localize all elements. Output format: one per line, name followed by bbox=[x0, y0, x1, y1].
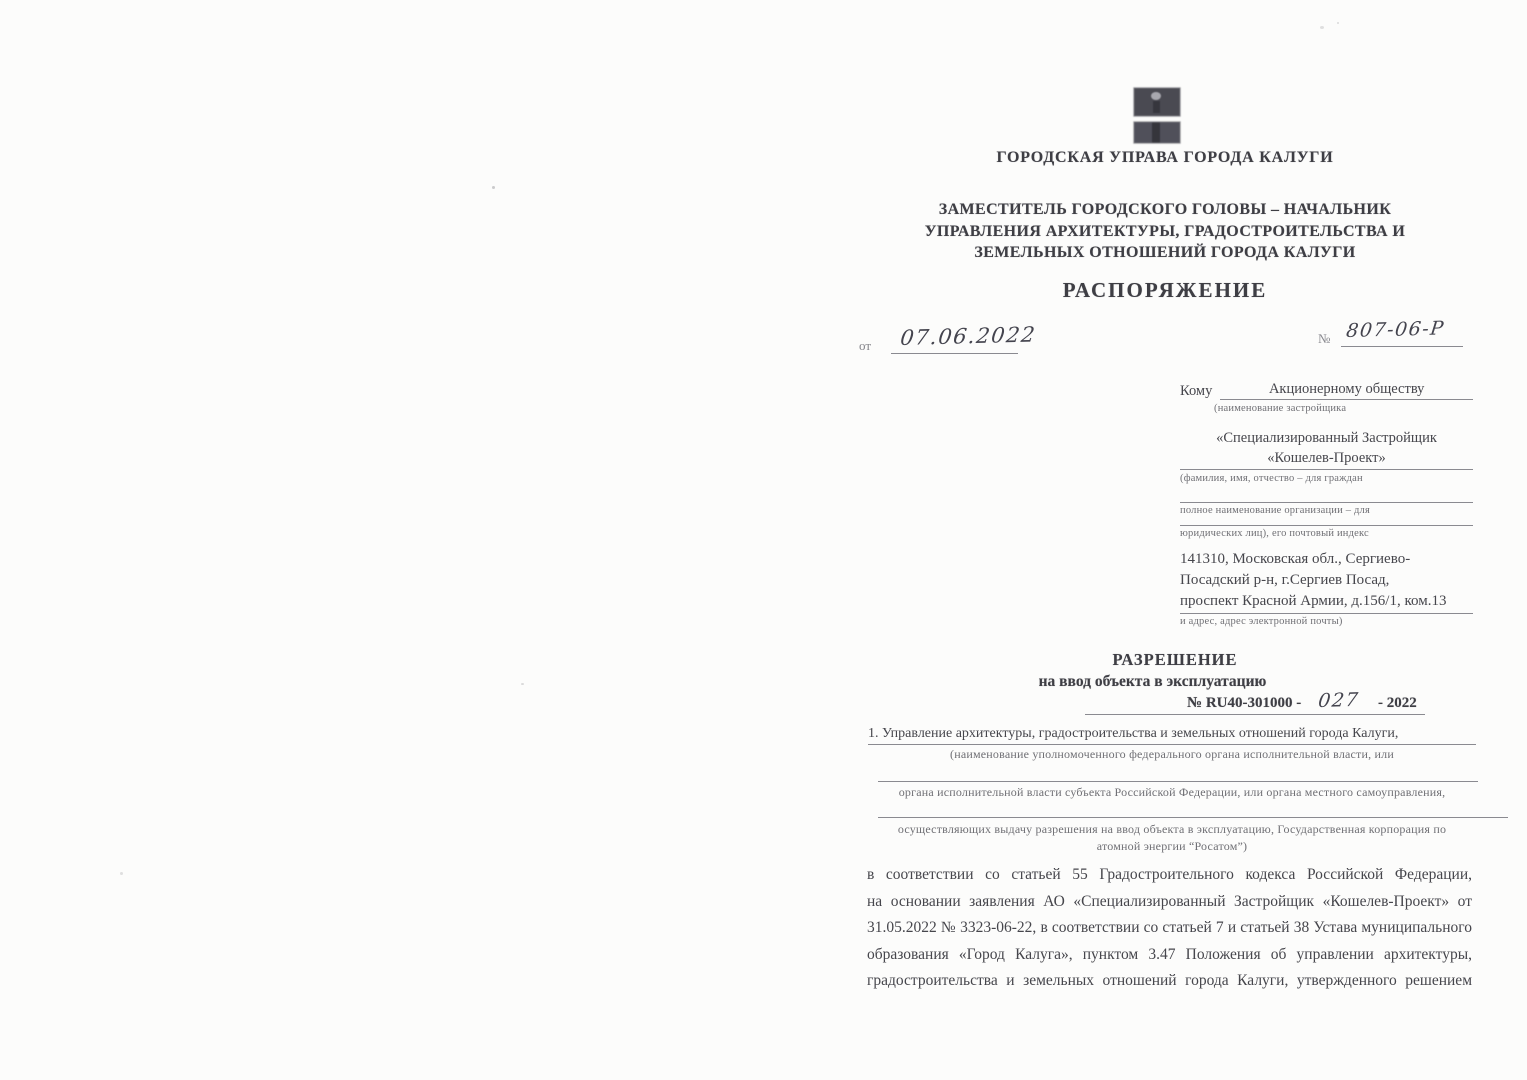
form-caption-gov: органа исполнительной власти субъекта Ро… bbox=[868, 785, 1476, 800]
form-caption-person: (фамилия, имя, отчество – для граждан bbox=[1180, 473, 1473, 484]
official-title-line: ЗЕМЕЛЬНЫХ ОТНОШЕНИЙ ГОРОДА КАЛУГИ bbox=[875, 242, 1455, 264]
form-caption-authority: (наименование уполномоченного федерально… bbox=[868, 747, 1476, 762]
permit-number-suffix: - 2022 bbox=[1378, 695, 1417, 711]
form-caption-issue-line: осуществляющих выдачу разрешения на ввод… bbox=[868, 821, 1476, 838]
permit-number-prefix: № RU40-301000 - bbox=[1187, 695, 1301, 711]
addressee-block: Кому Акционерному обществу (наименование… bbox=[1180, 381, 1473, 627]
body-paragraph-line: образования «Город Калуга», пунктом 3.47… bbox=[867, 942, 1472, 969]
document-number-field: 807-06-Р bbox=[1341, 320, 1463, 347]
official-title-block: ЗАМЕСТИТЕЛЬ ГОРОДСКОГО ГОЛОВЫ – НАЧАЛЬНИ… bbox=[875, 199, 1455, 264]
addressee-org-name-line: «Кошелев-Проект» bbox=[1180, 448, 1473, 470]
addressee-org-name-line: «Специализированный Застройщик bbox=[1180, 428, 1473, 448]
addressee-address-line: проспект Красной Армии, д.156/1, ком.13 bbox=[1180, 591, 1473, 614]
blank-field-line bbox=[878, 781, 1478, 782]
document-number-label: № bbox=[1318, 331, 1330, 347]
official-title-line: УПРАВЛЕНИЯ АРХИТЕКТУРЫ, ГРАДОСТРОИТЕЛЬСТ… bbox=[875, 221, 1455, 243]
handwritten-permit-number: 027 bbox=[1317, 689, 1360, 712]
permit-title: РАЗРЕШЕНИЕ bbox=[1000, 650, 1350, 670]
permit-number-field: № RU40-301000 - 027 - 2022 bbox=[1085, 690, 1425, 715]
scan-artifact bbox=[1320, 26, 1324, 29]
scan-artifact bbox=[1337, 22, 1339, 24]
handwritten-document-number: 807-06-Р bbox=[1345, 317, 1446, 342]
blank-field-line bbox=[878, 817, 1508, 818]
scan-artifact bbox=[492, 186, 495, 189]
kaluga-coat-of-arms-emblem bbox=[1132, 87, 1182, 147]
date-from-label: от bbox=[859, 338, 871, 354]
body-paragraph-line: градостроительства и земельных отношений… bbox=[867, 968, 1472, 995]
addressee-row: Кому Акционерному обществу bbox=[1180, 381, 1473, 400]
permit-subtitle: на ввод объекта в эксплуатацию bbox=[955, 673, 1350, 691]
form-caption-address: и адрес, адрес электронной почты) bbox=[1180, 616, 1473, 627]
body-paragraph-line: на основании заявления АО «Специализиров… bbox=[867, 889, 1472, 916]
addressee-address-line: 141310, Московская обл., Сергиево- bbox=[1180, 549, 1473, 570]
body-paragraph-line: 31.05.2022 № 3323-06-22, в соответствии … bbox=[867, 915, 1472, 942]
date-field: 07.06.2022 bbox=[891, 326, 1018, 354]
scan-artifact bbox=[120, 872, 123, 875]
form-caption-issue-line: атомной энергии “Росатом”) bbox=[868, 838, 1476, 855]
form-caption-issue: осуществляющих выдачу разрешения на ввод… bbox=[868, 821, 1476, 855]
official-title-line: ЗАМЕСТИТЕЛЬ ГОРОДСКОГО ГОЛОВЫ – НАЧАЛЬНИ… bbox=[875, 199, 1455, 221]
form-caption-legal: юридических лиц), его почтовый индекс bbox=[1180, 528, 1473, 539]
handwritten-date: 07.06.2022 bbox=[899, 322, 1037, 350]
addressee-address: 141310, Московская обл., Сергиево- Посад… bbox=[1180, 549, 1473, 614]
form-caption-org-full: полное наименование организации – для bbox=[1180, 505, 1473, 516]
addressee-address-line: Посадский р-н, г.Сергиев Посад, bbox=[1180, 570, 1473, 591]
addressee-label: Кому bbox=[1180, 383, 1212, 400]
body-paragraph-line: в соответствии со статьей 55 Градостроит… bbox=[867, 862, 1472, 889]
body-paragraph: в соответствии со статьей 55 Градостроит… bbox=[867, 862, 1472, 995]
scan-artifact bbox=[521, 683, 524, 685]
org-name: ГОРОДСКАЯ УПРАВА ГОРОДА КАЛУГИ bbox=[930, 149, 1400, 167]
scanned-document-page: ГОРОДСКАЯ УПРАВА ГОРОДА КАЛУГИ ЗАМЕСТИТЕ… bbox=[0, 0, 1527, 1080]
form-caption-builder: (наименование застройщика bbox=[1214, 403, 1473, 414]
permit-title-block: РАЗРЕШЕНИЕ на ввод объекта в эксплуатаци… bbox=[1000, 650, 1350, 691]
issuing-authority-line: 1. Управление архитектуры, градостроител… bbox=[868, 726, 1476, 745]
blank-field-line bbox=[1180, 502, 1473, 503]
addressee-value: Акционерному обществу bbox=[1220, 381, 1473, 400]
blank-field-line bbox=[1180, 525, 1473, 526]
emblem-graphic bbox=[1132, 87, 1182, 147]
document-type-title: РАСПОРЯЖЕНИЕ bbox=[875, 278, 1455, 303]
